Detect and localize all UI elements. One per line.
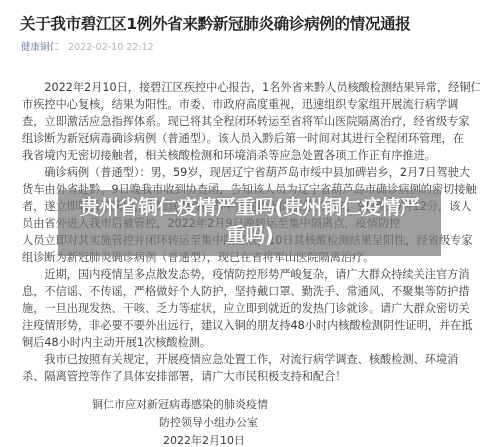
text-line: 施，一旦出现发热、干咳、乏力等症状，应立即到就近的发热门诊就诊。请广大群众密切关 [22, 300, 480, 317]
overlay-headline-line2: 重吗) [58, 221, 441, 249]
text-line: 我省境内无密切接触者，相关核酸检测和环境消杀等应急处置各项工作正有序推进。 [22, 147, 480, 164]
text-line: 息，不信谣、不传谣，严格做好个人防护，坚持戴口罩、勤洗手、常通风、不聚集等防护措 [22, 283, 480, 300]
paragraph-advice: 近期，国内疫情呈多点散发态势，疫情防控形势严峻复杂，请广大群众持续关注官方消 息… [22, 266, 480, 351]
text-line: 杀、隔离管控等作了具体安排部署，请广大市民积极支持和配合！ [22, 368, 480, 385]
article-title: 关于我市碧江区1例外省来黔新冠肺炎确诊病例的情况通报 [20, 14, 490, 34]
text-line: 铜后48小时内主动开展1次核酸检测。 [22, 334, 480, 351]
text-line: 确诊病例（普通型）：男，59岁，现居辽宁省葫芦岛市绥中县加碑岩乡，2月7日驾驶大 [22, 164, 480, 181]
text-line: 我市已按照有关规定，开展疫情应急处置工作，对流行病学调查、核酸检测、环境消 [22, 351, 480, 368]
text-line: 注疫情形势，非必要不要外出远行，建议入铜的朋友持48小时内核酸检测阴性证明，并在… [22, 317, 480, 334]
text-line: 查，立即激活应急指挥体系。现已将其全程闭环转运至省将军山医院隔离治疗，经省级专家 [22, 113, 480, 130]
text-line: 近期，国内疫情呈多点散发态势，疫情防控形势严峻复杂，请广大群众持续关注官方消 [22, 266, 480, 283]
text-line: 市疾控中心复核，结果为阳性。市委、市政府高度重视，迅速组织专家组开展流行病学调 [22, 96, 480, 113]
article-meta: 健康铜仁 2022-02-10 22:12 [21, 42, 154, 54]
signature-org-line1: 铜仁市应对新冠病毒感染的肺炎疫情 [92, 396, 268, 413]
signature-org-line2: 防控领导小组办公室 [159, 414, 258, 431]
text-line: 2022年2月10日，接碧江区疾控中心报告，1名外省来黔人员核酸检测结果异常，经… [22, 79, 480, 96]
paragraph-closing: 我市已按照有关规定，开展疫情应急处置工作，对流行病学调查、核酸检测、环境消 杀、… [22, 351, 480, 385]
author-link[interactable]: 健康铜仁 [21, 42, 59, 53]
overlay-headline: 贵州省铜仁疫情严重吗(贵州铜仁疫情严 重吗) [58, 193, 441, 249]
text-line: 组诊断为新冠病毒确诊病例（普通型）。该人员入黔后第一时间对其进行全程闭环管理，在 [22, 130, 480, 147]
publish-time: 2022-02-10 22:12 [68, 42, 154, 53]
signature-date: 2022年2月10日 [163, 432, 245, 447]
paragraph-report: 2022年2月10日，接碧江区疾控中心报告，1名外省来黔人员核酸检测结果异常，经… [22, 79, 480, 164]
overlay-headline-line1: 贵州省铜仁疫情严重吗(贵州铜仁疫情严 [58, 193, 441, 221]
